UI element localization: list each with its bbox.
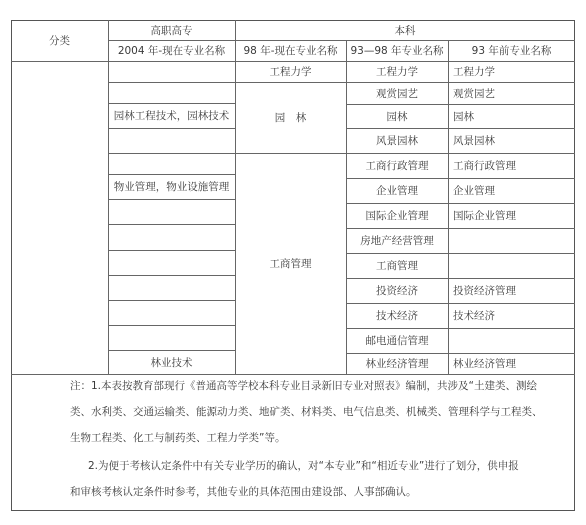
benke9398-cell: 园林 [346,104,448,128]
benke-pre93-cell: 园林 [448,104,575,128]
benke-pre93-cell [448,253,575,278]
row-divider [108,82,235,83]
header-benke-9398: 93—98 年专业名称 [346,40,448,61]
benke-pre93-cell [448,328,575,353]
benke98-cell: 工程力学 [235,61,346,82]
header-category: 分类 [11,20,108,61]
benke9398-cell: 技术经济 [346,303,448,328]
header-benke-group: 本科 [235,20,575,40]
benke-pre93-cell: 投资经济管理 [448,278,575,303]
row-divider [108,224,235,225]
benke9398-cell: 工程力学 [346,61,448,82]
gaozhi-cell: 林业技术 [108,350,235,374]
header-benke-98: 98 年-现在专业名称 [235,40,346,61]
benke9398-cell: 邮电通信管理 [346,328,448,353]
benke-pre93-cell: 林业经济管理 [448,353,575,374]
benke98-cell: 工商管理 [235,153,346,374]
gaozhi-cell: 园林工程技术，园林技术 [108,103,235,128]
benke9398-cell: 观赏园艺 [346,82,448,104]
row-divider [108,199,235,200]
row-divider [108,128,235,129]
benke98-cell: 园 林 [235,82,346,153]
note-2-line-1: 2.为便于考核认定条件中有关专业学历的确认，对“本专业”和“相近专业”进行了划分… [88,458,519,473]
note-1-line-1: 注：1.本表按教育部现行《普通高等学校本科专业目录新旧专业对照表》编制，共涉及“… [70,378,537,393]
benke-pre93-cell: 企业管理 [448,178,575,203]
benke-pre93-cell: 技术经济 [448,303,575,328]
benke9398-cell: 国际企业管理 [346,203,448,228]
benke9398-cell: 工商管理 [346,253,448,278]
row-divider [108,300,235,301]
note-1-line-3: 生物工程类、化工与制药类、工程力学类”等。 [70,430,285,445]
benke9398-cell: 工商行政管理 [346,153,448,178]
gaozhi-cell: 物业管理，物业设施管理 [108,174,235,199]
row-divider [11,374,575,375]
benke-pre93-cell: 工商行政管理 [448,153,575,178]
row-divider [108,275,235,276]
note-2-line-2: 和审核考核认定条件时参考，其他专业的具体范围由建设部、人事部确认。 [70,484,417,499]
benke-pre93-cell: 工程力学 [448,61,575,82]
benke-pre93-cell [448,228,575,253]
benke-pre93-cell: 风景园林 [448,128,575,153]
benke-pre93-cell: 观赏园艺 [448,82,575,104]
note-1-line-2: 类、水利类、交通运输类、能源动力类、地矿类、材料类、电气信息类、机械类、管理科学… [70,404,543,419]
benke9398-cell: 企业管理 [346,178,448,203]
benke-pre93-cell: 国际企业管理 [448,203,575,228]
benke9398-cell: 房地产经营管理 [346,228,448,253]
benke9398-cell: 投资经济 [346,278,448,303]
benke9398-cell: 风景园林 [346,128,448,153]
row-divider [108,325,235,326]
header-gaozhi-group: 高职高专 [108,20,235,40]
row-divider [108,250,235,251]
benke9398-cell: 林业经济管理 [346,353,448,374]
header-gaozhi-2004: 2004 年-现在专业名称 [108,40,235,61]
header-benke-pre93: 93 年前专业名称 [448,40,575,61]
